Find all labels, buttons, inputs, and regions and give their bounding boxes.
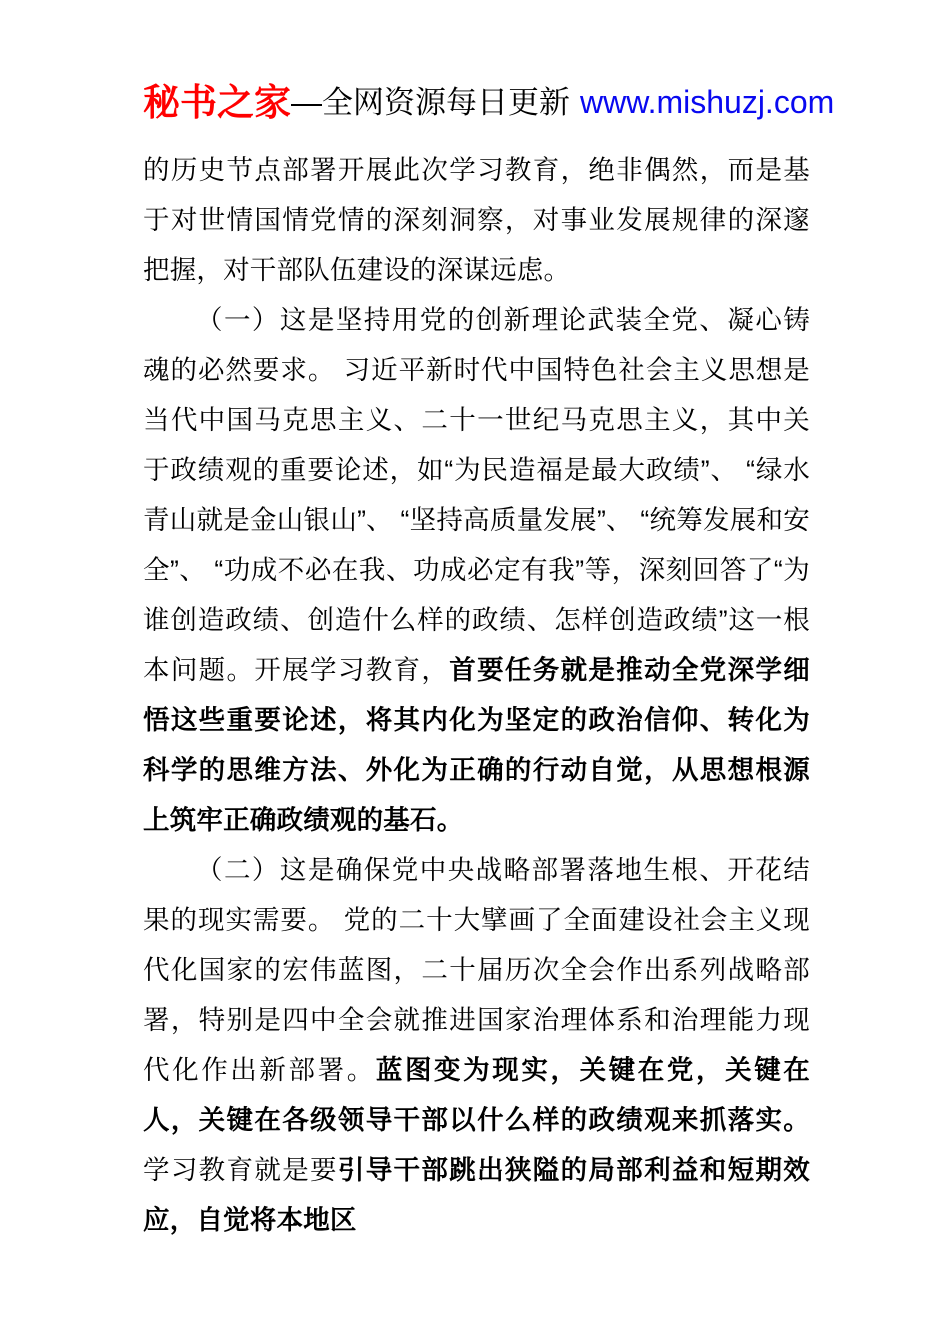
site-header: 秘书之家—全网资源每日更新www.mishuzj.com: [143, 80, 810, 131]
paragraph: （一）这是坚持用党的创新理论武装全党、凝心铸魂的必然要求。 习近平新时代中国特色…: [143, 295, 810, 845]
text-run: （一）这是坚持用党的创新理论武装全党、凝心铸魂的必然要求。 习近平新时代中国特色…: [143, 305, 810, 685]
document-body: 的历史节点部署开展此次学习教育，绝非偶然，而是基于对世情国情党情的深刻洞察，对事…: [143, 145, 810, 1245]
text-run: （二）这是确保党中央战略部署落地生根、开花结果的现实需要。 党的二十大擘画了全面…: [143, 855, 810, 1085]
site-tagline: 全网资源每日更新: [322, 85, 570, 120]
text-run: 的历史节点部署开展此次学习教育，绝非偶然，而是基于对世情国情党情的深刻洞察，对事…: [143, 155, 810, 285]
document-page: 秘书之家—全网资源每日更新www.mishuzj.com 的历史节点部署开展此次…: [0, 0, 950, 1344]
site-url-link[interactable]: www.mishuzj.com: [580, 84, 834, 120]
header-dash: —: [291, 85, 322, 120]
paragraph: （二）这是确保党中央战略部署落地生根、开花结果的现实需要。 党的二十大擘画了全面…: [143, 845, 810, 1245]
text-run: 学习教育就是要: [143, 1155, 338, 1185]
site-brand: 秘书之家: [143, 83, 291, 124]
paragraph: 的历史节点部署开展此次学习教育，绝非偶然，而是基于对世情国情党情的深刻洞察，对事…: [143, 145, 810, 295]
